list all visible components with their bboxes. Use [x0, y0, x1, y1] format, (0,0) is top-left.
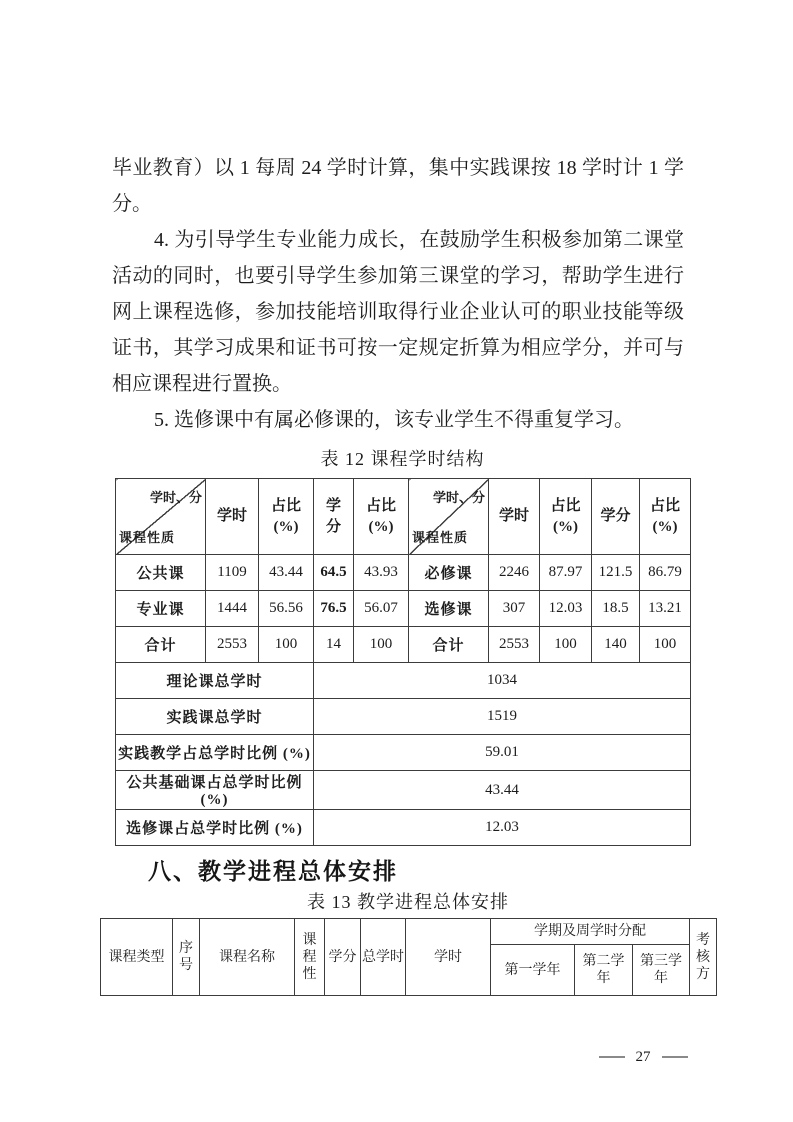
row-label: 合计: [116, 627, 206, 663]
cell-hours: 2553: [489, 627, 540, 663]
ratio-label-line2: (%): [354, 517, 408, 538]
column-header-ratio: 占比 (%): [354, 479, 409, 555]
ratio-label-line2: (%): [640, 517, 690, 538]
column-header-semester-group: 学期及周学时分配: [491, 919, 690, 945]
diagonal-bottom-label: 课程性质: [119, 527, 175, 546]
column-header-course-name: 课程名称: [200, 919, 295, 996]
column-header-course-type: 课程类型: [101, 919, 173, 996]
cell-credits: 140: [592, 627, 640, 663]
cell-credits: 64.5: [314, 555, 354, 591]
cell-ratio: 87.97: [540, 555, 592, 591]
summary-value: 1034: [314, 663, 691, 699]
ratio-label-line2: (%): [259, 517, 313, 538]
body-line: 5. 选修课中有属必修课的，该专业学生不得重复学习。: [112, 402, 684, 438]
summary-row: 公共基础课占总学时比例 (%) 43.44: [116, 771, 691, 810]
page-footer: 27: [598, 1046, 688, 1068]
body-line: 网上课程选修，参加技能培训取得行业企业认可的职业技能等级: [112, 294, 684, 330]
cell-hours: 2246: [489, 555, 540, 591]
cell-ratio: 43.44: [259, 555, 314, 591]
column-header-hours: 学时: [406, 919, 491, 996]
column-header-assessment: 考核方: [690, 919, 717, 996]
cell-hours: 2553: [206, 627, 259, 663]
column-header-credits: 学分: [325, 919, 361, 996]
summary-value: 12.03: [314, 810, 691, 846]
footer-dash-left: [599, 1056, 625, 1058]
column-header-ratio: 占比 (%): [540, 479, 592, 555]
column-header-hours: 学时: [206, 479, 259, 555]
summary-label: 理论课总学时: [116, 663, 314, 699]
summary-row: 选修课占总学时比例 (%) 12.03: [116, 810, 691, 846]
column-header-ratio: 占比 (%): [259, 479, 314, 555]
cell-credits: 121.5: [592, 555, 640, 591]
summary-row: 实践课总学时 1519: [116, 699, 691, 735]
cell-ratio: 12.03: [540, 591, 592, 627]
section-heading: 八、教学进程总体安排: [148, 853, 398, 886]
row-label: 合计: [409, 627, 489, 663]
diagonal-bottom-label: 课程性质: [412, 527, 468, 546]
cell-ratio: 86.79: [640, 555, 691, 591]
column-header-hours: 学时: [489, 479, 540, 555]
row-label: 专业课: [116, 591, 206, 627]
row-label: 公共课: [116, 555, 206, 591]
diagonal-header-cell: 学时、分 课程性质: [116, 479, 206, 555]
table-course-hours-structure: 学时、分 课程性质 学时 占比 (%) 学 分 占比 (%) 学时、分 课程性质…: [115, 478, 691, 846]
column-header-credits: 学分: [592, 479, 640, 555]
ratio-label-line1: 占比: [540, 496, 591, 517]
column-header-ratio: 占比 (%): [640, 479, 691, 555]
cell-hours: 1109: [206, 555, 259, 591]
row-label: 选修课: [409, 591, 489, 627]
summary-value: 1519: [314, 699, 691, 735]
credit-label-line1: 学: [314, 496, 353, 517]
ratio-label-line1: 占比: [640, 496, 690, 517]
cell-ratio: 100: [354, 627, 409, 663]
column-header-credits: 学 分: [314, 479, 354, 555]
ratio-label-line1: 占比: [354, 496, 408, 517]
credit-label-line2: 分: [314, 517, 353, 538]
cell-ratio: 100: [540, 627, 592, 663]
summary-label: 实践课总学时: [116, 699, 314, 735]
ratio-label-line2: (%): [540, 517, 591, 538]
cell-hours: 307: [489, 591, 540, 627]
table-row: 合计 2553 100 14 100 合计 2553 100 140 100: [116, 627, 691, 663]
column-header-year3: 第三学年: [633, 945, 690, 996]
body-line: 毕业教育）以 1 每周 24 学时计算，集中实践课按 18 学时计 1 学: [112, 150, 684, 186]
table-row: 专业课 1444 56.56 76.5 56.07 选修课 307 12.03 …: [116, 591, 691, 627]
column-header-course-nature: 课程性: [295, 919, 325, 996]
table-teaching-schedule: 课程类型 序号 课程名称 课程性 学分 总学时 学时 学期及周学时分配 考核方 …: [100, 918, 717, 996]
diagonal-header-cell: 学时、分 课程性质: [409, 479, 489, 555]
body-line: 相应课程进行置换。: [112, 366, 684, 402]
cell-credits: 18.5: [592, 591, 640, 627]
body-line: 4. 为引导学生专业能力成长，在鼓励学生积极参加第二课堂: [112, 222, 684, 258]
cell-ratio: 100: [640, 627, 691, 663]
body-line: 证书，其学习成果和证书可按一定规定折算为相应学分，并可与: [112, 330, 684, 366]
cell-credits: 14: [314, 627, 354, 663]
cell-ratio: 56.56: [259, 591, 314, 627]
cell-credits: 76.5: [314, 591, 354, 627]
diagonal-top-label: 学时、分: [433, 487, 485, 506]
summary-value: 59.01: [314, 735, 691, 771]
column-header-total-hours: 总学时: [361, 919, 406, 996]
cell-hours: 1444: [206, 591, 259, 627]
summary-row: 实践教学占总学时比例 (%) 59.01: [116, 735, 691, 771]
column-header-seq: 序号: [173, 919, 200, 996]
summary-row: 理论课总学时 1034: [116, 663, 691, 699]
row-label: 必修课: [409, 555, 489, 591]
cell-ratio: 100: [259, 627, 314, 663]
summary-label: 公共基础课占总学时比例 (%): [116, 771, 314, 810]
footer-dash-right: [662, 1056, 688, 1058]
table-row: 公共课 1109 43.44 64.5 43.93 必修课 2246 87.97…: [116, 555, 691, 591]
summary-value: 43.44: [314, 771, 691, 810]
cell-ratio: 43.93: [354, 555, 409, 591]
cell-ratio: 56.07: [354, 591, 409, 627]
column-header-year1: 第一学年: [491, 945, 575, 996]
page-number: 27: [636, 1049, 651, 1066]
diagonal-top-label: 学时、分: [150, 487, 202, 506]
summary-label: 选修课占总学时比例 (%): [116, 810, 314, 846]
body-line: 活动的同时，也要引导学生参加第三课堂的学习，帮助学生进行: [112, 258, 684, 294]
table12-caption: 表 12 课程学时结构: [115, 445, 690, 471]
body-text-block: 毕业教育）以 1 每周 24 学时计算，集中实践课按 18 学时计 1 学 分。…: [112, 150, 684, 438]
summary-label: 实践教学占总学时比例 (%): [116, 735, 314, 771]
document-page: 毕业教育）以 1 每周 24 学时计算，集中实践课按 18 学时计 1 学 分。…: [0, 0, 793, 1122]
body-line: 分。: [112, 186, 684, 222]
table13-caption: 表 13 教学进程总体安排: [100, 888, 716, 914]
ratio-label-line1: 占比: [259, 496, 313, 517]
cell-ratio: 13.21: [640, 591, 691, 627]
column-header-year2: 第二学年: [575, 945, 633, 996]
